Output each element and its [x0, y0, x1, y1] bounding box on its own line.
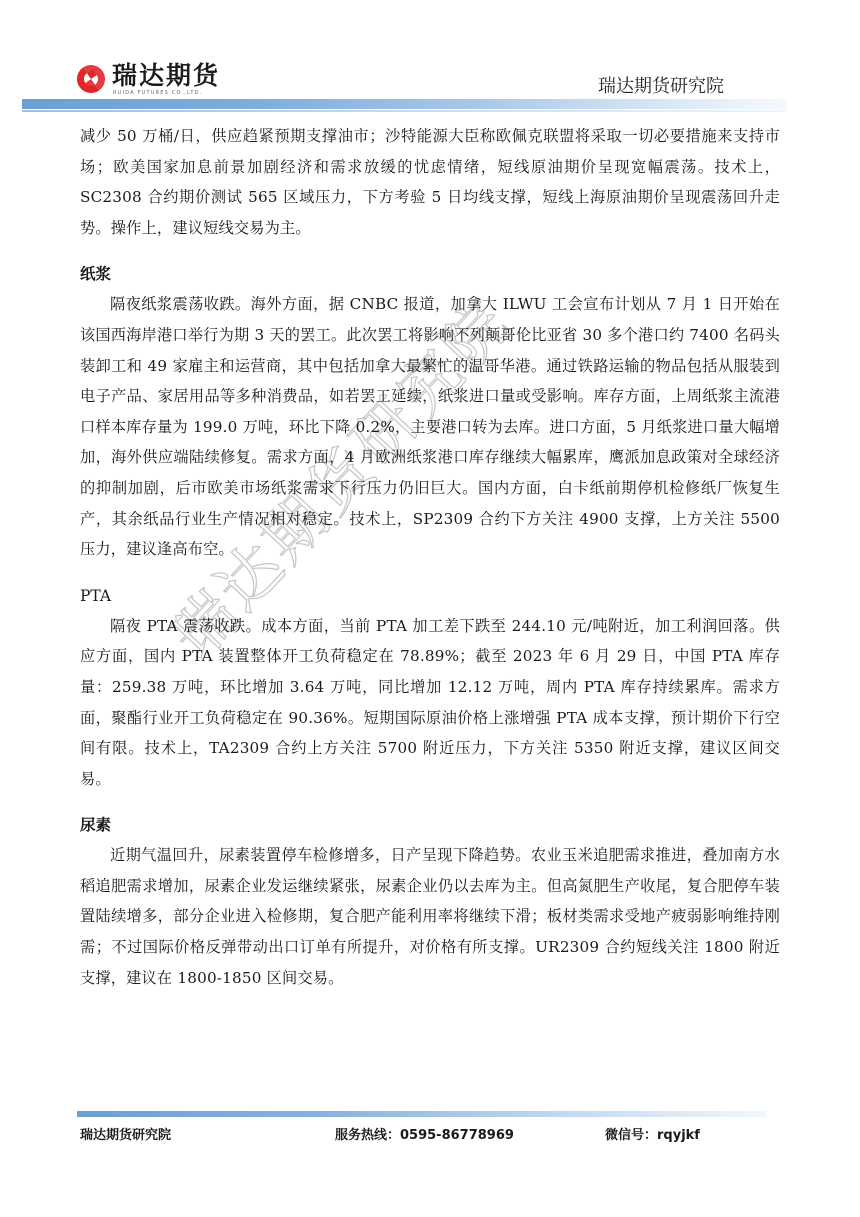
section-title-pta: PTA [80, 581, 780, 611]
section-crude-oil: 减少 50 万桶/日，供应趋紧预期支撑油市；沙特能源大臣称欧佩克联盟将采取一切必… [80, 121, 780, 243]
logo-chinese-name: 瑞达期货 [112, 62, 220, 90]
company-logo: 瑞达期货 RUIDA FUTURES CO.,LTD. [74, 62, 220, 98]
header-institute-title: 瑞达期货研究院 [598, 76, 724, 98]
section-title-pulp: 纸浆 [80, 259, 780, 289]
section-pta: PTA 隔夜 PTA 震荡收跌。成本方面，当前 PTA 加工差下跌至 244.1… [80, 581, 780, 795]
section-title-urea: 尿素 [80, 810, 780, 840]
page-footer: 瑞达期货研究院 服务热线：0595-86778969 微信号：rqyjkf [80, 1124, 780, 1146]
paragraph: 隔夜纸浆震荡收跌。海外方面，据 CNBC 报道，加拿大 ILWU 工会宣布计划从… [80, 289, 780, 564]
section-urea: 尿素 近期气温回升，尿素装置停车检修增多，日产呈现下降趋势。农业玉米追肥需求推进… [80, 810, 780, 993]
logo-english-name: RUIDA FUTURES CO.,LTD. [113, 90, 220, 96]
header-divider-line [22, 110, 787, 112]
footer-org-name: 瑞达期货研究院 [80, 1124, 171, 1143]
section-pulp: 纸浆 隔夜纸浆震荡收跌。海外方面，据 CNBC 报道，加拿大 ILWU 工会宣布… [80, 259, 780, 564]
paragraph: 近期气温回升，尿素装置停车检修增多，日产呈现下降趋势。农业玉米追肥需求推进，叠加… [80, 840, 780, 993]
header-divider-bar [22, 99, 787, 109]
paragraph: 隔夜 PTA 震荡收跌。成本方面，当前 PTA 加工差下跌至 244.10 元/… [80, 611, 780, 795]
ruida-logo-icon [74, 62, 108, 96]
page-header: 瑞达期货 RUIDA FUTURES CO.,LTD. 瑞达期货研究院 [0, 0, 860, 120]
footer-hotline: 服务热线：0595-86778969 [335, 1124, 514, 1143]
paragraph: 减少 50 万桶/日，供应趋紧预期支撑油市；沙特能源大臣称欧佩克联盟将采取一切必… [80, 121, 780, 243]
report-body: 减少 50 万桶/日，供应趋紧预期支撑油市；沙特能源大臣称欧佩克联盟将采取一切必… [80, 121, 780, 993]
footer-divider-bar [77, 1111, 767, 1117]
footer-wechat-id: 微信号：rqyjkf [605, 1124, 700, 1143]
